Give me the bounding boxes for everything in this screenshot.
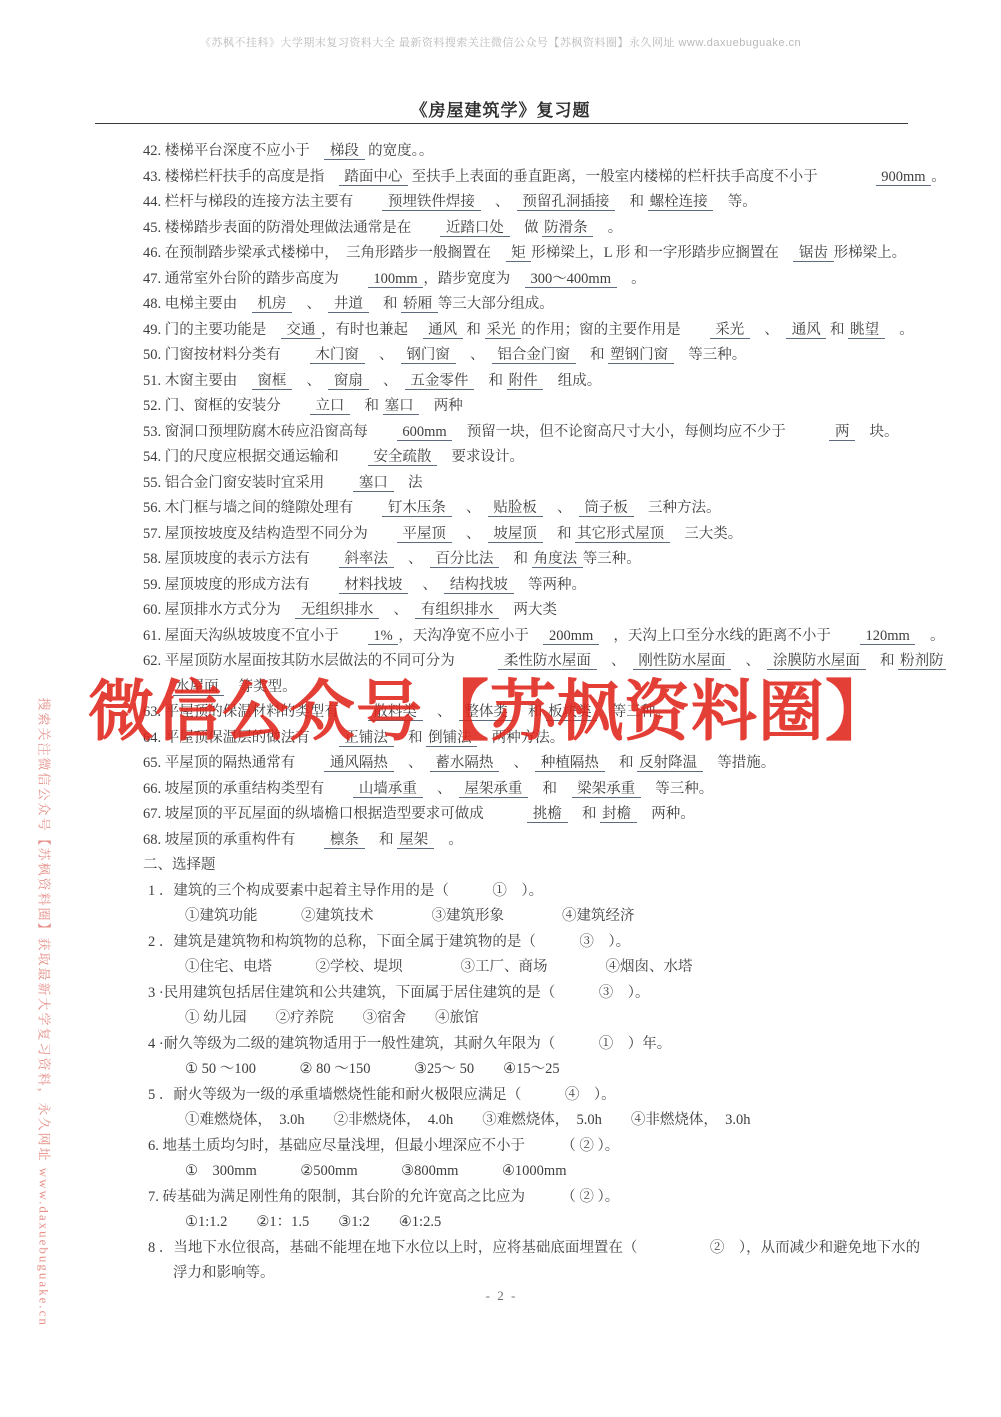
- line-text: 44. 栏杆与梯段的连接方法主要有: [143, 194, 382, 210]
- question-line: 60. 屋顶排水方式分为 无组织排水 、 有组织排水 两大类: [143, 598, 971, 624]
- line-text: 法: [394, 475, 423, 491]
- line-text: 、: [408, 577, 444, 593]
- question-line: 44. 栏杆与梯段的连接方法主要有 预埋铁件焊接 、 预留孔洞插接 和 螺栓连接…: [143, 190, 971, 216]
- answer-blank: 塞口: [353, 475, 393, 492]
- line-text: 。: [885, 322, 914, 338]
- question-line: 55. 铝合金门窗安装时宜采用 塞口 法: [143, 471, 971, 497]
- line-text: ，天沟上口至分水线的距离不小于: [599, 628, 860, 644]
- question-line: 52. 门、窗框的安装分 立口 和 塞口 两种: [143, 394, 971, 420]
- line-text: 。: [915, 628, 944, 644]
- answer-blank: 散料类: [368, 704, 423, 721]
- line-text: 等三种。: [597, 704, 670, 720]
- line-text: 等两种。: [514, 577, 587, 593]
- line-text: 50. 门窗按材料分类有: [143, 347, 310, 363]
- line-text: 三种方法。: [634, 500, 721, 516]
- line-text: 。: [617, 271, 646, 287]
- answer-blank: 倒铺法: [426, 730, 477, 747]
- line-text: 60. 屋顶排水方式分为: [143, 602, 295, 618]
- line-text: 4 ·耐久等级为二级的建筑物适用于一般性建筑，其耐久年限为（ ① ）年。: [148, 1036, 671, 1052]
- line-text: 、: [481, 194, 517, 210]
- line-text: 、: [750, 322, 786, 338]
- line-text: 、: [452, 500, 488, 516]
- answer-blank: 锯齿: [793, 245, 833, 262]
- line-text: 57. 屋顶按坡度及结构造型不同分为: [143, 526, 397, 542]
- line-text: 、: [365, 347, 401, 363]
- line-text: 。: [434, 832, 463, 848]
- line-text: 42. 楼梯平台深度不应小于: [143, 143, 324, 159]
- line-text: 、: [452, 526, 488, 542]
- line-text: 、: [292, 296, 328, 312]
- line-text: 的宽度。。: [365, 143, 434, 159]
- answer-blank: 其它形式屋顶: [575, 526, 670, 543]
- line-text: 和: [394, 730, 427, 746]
- question-line: 57. 屋顶按坡度及结构造型不同分为 平屋顶 、 坡屋顶 和 其它形式屋顶 三大…: [143, 522, 971, 548]
- answer-blank: 种植隔热: [535, 755, 604, 772]
- line-text: 块。: [855, 424, 899, 440]
- question-line: 49. 门的主要功能是 交通 ，有时也兼起 通风 和 采光 的作用；窗的主要作用…: [143, 318, 971, 344]
- choice-options-line: ① 300mm ②500mm ③800mm ④1000mm: [143, 1159, 971, 1185]
- line-text: 等措施。: [703, 755, 776, 771]
- question-line: 50. 门窗按材料分类有 木门窗 、 钢门窗 、 铝合金门窗 和 塑钢门窗 等三…: [143, 343, 971, 369]
- line-text: 、: [423, 781, 459, 797]
- line-text: 、: [731, 653, 767, 669]
- answer-blank: 铝合金门窗: [492, 347, 576, 364]
- line-text: 两种: [419, 398, 463, 414]
- answer-blank: 眺望: [848, 322, 885, 339]
- answer-blank: 板块类: [546, 704, 597, 721]
- question-line: 浮力和影响等。: [143, 1261, 971, 1287]
- line-text: 、: [597, 653, 633, 669]
- line-text: 和: [528, 781, 572, 797]
- line-text: 二、选择题: [143, 857, 216, 873]
- line-text: 5 ．耐火等级为一级的承重墙燃烧性能和耐火极限应满足（ ④ ）。: [148, 1087, 616, 1103]
- answer-blank: 100mm: [368, 271, 424, 288]
- question-line: 42. 楼梯平台深度不应小于 梯段 的宽度。。: [143, 139, 971, 165]
- line-text: 三大类。: [670, 526, 743, 542]
- answer-blank: 无组织排水: [295, 602, 379, 619]
- answer-blank: 通风隔热: [324, 755, 393, 772]
- line-text: ，有时也兼起: [321, 322, 423, 338]
- choice-options-line: ①难燃烧体， 3.0h ②非燃烧体， 4.0h ③难燃烧体， 5.0h ④非燃烧…: [143, 1108, 971, 1134]
- line-text: 51. 木窗主要由: [143, 373, 252, 389]
- answer-blank: 通风: [423, 322, 463, 339]
- line-text: ①住宅、电塔 ②学校、堤坝 ③工厂、商场 ④烟囱、水塔: [185, 959, 693, 975]
- line-text: 47. 通常室外台阶的踏步高度为: [143, 271, 368, 287]
- answer-blank: 两: [829, 424, 855, 441]
- line-text: 预留一块，但不论窗高尺寸大小，每侧均应不少于: [452, 424, 829, 440]
- line-text: 的作用；窗的主要作用是: [521, 322, 710, 338]
- question-line: 66. 坡屋顶的承重结构类型有 山墙承重 、 屋架承重 和 梁架承重 等三种。: [143, 777, 971, 803]
- line-text: 45. 楼梯踏步表面的防滑处理做法通常是在: [143, 220, 440, 236]
- question-line: 58. 屋顶坡度的表示方法有 斜率法 、 百分比法 和 角度法 等三种。: [143, 547, 971, 573]
- answer-blank: 矩: [506, 245, 532, 262]
- question-line: 56. 木门框与墙之间的缝隙处理有 钉木压条 、 贴脸板 、 筒子板 三种方法。: [143, 496, 971, 522]
- line-text: 两种方法。: [477, 730, 564, 746]
- line-text: 、: [456, 347, 492, 363]
- line-text: 46. 在预制踏步梁承式楼梯中， 三角形踏步一般搁置在: [143, 245, 506, 261]
- line-text: 组成。: [543, 373, 601, 389]
- answer-blank: 轿厢: [401, 296, 438, 313]
- question-line: 2 ．建筑是建筑物和构筑物的总称，下面全属于建筑物的是（ ③ ）。: [143, 930, 971, 956]
- answer-blank: 防滑条: [542, 220, 593, 237]
- line-text: ①建筑功能 ②建筑技术 ③建筑形象 ④建筑经济: [185, 908, 635, 924]
- page-number: - 2 -: [95, 1288, 908, 1304]
- answer-blank: 挑檐: [527, 806, 567, 823]
- answer-blank: 900mm: [876, 169, 932, 186]
- line-text: 和: [576, 347, 609, 363]
- answer-blank: 预埋铁件焊接: [382, 194, 480, 211]
- line-text: 59. 屋顶坡度的形成方法有: [143, 577, 339, 593]
- answer-blank: 五金零件: [405, 373, 474, 390]
- line-text: 至扶手上表面的垂直距离，一般室内楼梯的栏杆扶手高度不小于: [408, 169, 876, 185]
- answer-blank: 梁架承重: [572, 781, 641, 798]
- line-text: 和: [514, 704, 547, 720]
- answer-blank: 贴脸板: [488, 500, 543, 517]
- line-text: 等。: [713, 194, 757, 210]
- content-lines: 42. 楼梯平台深度不应小于 梯段 的宽度。。43. 楼梯栏杆扶手的高度是指 踏…: [143, 139, 971, 1287]
- line-text: 和: [369, 296, 402, 312]
- answer-blank: 通风: [786, 322, 826, 339]
- line-text: 67. 坡屋顶的平瓦屋面的纵墙檐口根据造型要求可做成: [143, 806, 527, 822]
- line-text: 和: [350, 398, 383, 414]
- answer-blank: 立口: [310, 398, 350, 415]
- line-text: 49. 门的主要功能是: [143, 322, 281, 338]
- answer-blank: 钢门窗: [401, 347, 456, 364]
- question-line: 45. 楼梯踏步表面的防滑处理做法通常是在 近踏口处 做 防滑条 。: [143, 216, 971, 242]
- question-line: 二、选择题: [143, 853, 971, 879]
- line-text: 和: [826, 322, 848, 338]
- line-text: 等三种。: [641, 781, 714, 797]
- line-text: ① 50 ～100 ② 80 ～150 ③25～ 50 ④15～25: [185, 1061, 560, 1077]
- line-text: 3 ·民用建筑包括居住建筑和公共建筑，下面属于居住建筑的是（ ③ ）。: [148, 985, 649, 1001]
- line-text: 和: [463, 322, 485, 338]
- answer-blank: 附件: [507, 373, 544, 390]
- line-text: 形梯梁上。: [834, 245, 907, 261]
- answer-blank: 角度法: [532, 551, 583, 568]
- line-text: 做: [510, 220, 543, 236]
- line-text: 62. 平屋顶防水屋面按其防水层做法的不同可分为: [143, 653, 498, 669]
- line-text: 58. 屋顶坡度的表示方法有: [143, 551, 339, 567]
- line-text: 和: [866, 653, 899, 669]
- question-line: 68. 坡屋顶的承重构件有 檩条 和 屋架 。: [143, 828, 971, 854]
- question-line: 3 ·民用建筑包括居住建筑和公共建筑，下面属于居住建筑的是（ ③ ）。: [143, 981, 971, 1007]
- line-text: ①1:1.2 ②1：1.5 ③1:2 ④1:2.5: [185, 1214, 441, 1230]
- line-text: 55. 铝合金门窗安装时宜采用: [143, 475, 353, 491]
- answer-blank: 粉剂防: [898, 653, 946, 670]
- answer-blank: 120mm: [860, 628, 916, 645]
- title-divider: [95, 123, 908, 124]
- answer-blank: 材料找坡: [339, 577, 408, 594]
- answer-blank: 柔性防水屋面: [498, 653, 596, 670]
- line-text: 两种。: [637, 806, 695, 822]
- answer-blank: 塞口: [383, 398, 420, 415]
- answer-blank: 刚性防水屋面: [633, 653, 731, 670]
- line-text: ① 幼儿园 ②疗养院 ③宿舍 ④旅馆: [185, 1010, 479, 1026]
- question-line: 67. 坡屋顶的平瓦屋面的纵墙檐口根据造型要求可做成 挑檐 和 封檐 两种。: [143, 802, 971, 828]
- answer-blank: 蓄水隔热: [430, 755, 499, 772]
- answer-blank: 斜率法: [339, 551, 394, 568]
- question-line: 1 ．建筑的三个构成要素中起着主导作用的是（ ① ）。: [143, 879, 971, 905]
- answer-blank: 300～400mm: [525, 271, 617, 288]
- answer-blank: 采光: [710, 322, 750, 339]
- line-text: 、: [369, 373, 405, 389]
- choice-options-line: ① 幼儿园 ②疗养院 ③宿舍 ④旅馆: [143, 1006, 971, 1032]
- answer-blank: 600mm: [397, 424, 453, 441]
- answer-blank: 檩条: [324, 832, 364, 849]
- question-line: 48. 电梯主要由 机房 、 井道 和 轿厢 等三大部分组成。: [143, 292, 971, 318]
- answer-blank: 安全疏散: [368, 449, 437, 466]
- question-line: 65. 平屋顶的隔热通常有 通风隔热 、 蓄水隔热 、 种植隔热 和 反射降温 …: [143, 751, 971, 777]
- answer-blank: 钉木压条: [382, 500, 451, 517]
- question-line: 7. 砖基础为满足刚性角的限制，其台阶的允许宽高之比应为 （ ② ）。: [143, 1185, 971, 1211]
- page-title: 《房屋建筑学》复习题: [0, 96, 1001, 121]
- line-text: 等三大部分组成。: [438, 296, 554, 312]
- question-line: 53. 窗洞口预埋防腐木砖应沿窗高每 600mm 预留一块，但不论窗高尺寸大小，…: [143, 420, 971, 446]
- answer-blank: 梯段: [324, 143, 364, 160]
- question-line: 54. 门的尺度应根据交通运输和 安全疏散 要求设计。: [143, 445, 971, 471]
- choice-options-line: ①1:1.2 ②1：1.5 ③1:2 ④1:2.5: [143, 1210, 971, 1236]
- line-text: 64. 平屋顶保温层的做法有: [143, 730, 339, 746]
- question-line: 47. 通常室外台阶的踏步高度为 100mm ，踏步宽度为 300～400mm …: [143, 267, 971, 293]
- answer-blank: 山墙承重: [353, 781, 422, 798]
- line-text: 6. 地基土质均匀时，基础应尽量浅埋，但最小埋深应不小于 （ ② ）。: [148, 1138, 619, 1154]
- line-text: 53. 窗洞口预埋防腐木砖应沿窗高每: [143, 424, 397, 440]
- line-text: 。: [593, 220, 622, 236]
- answer-blank: 反射降温: [637, 755, 703, 772]
- question-line: 51. 木窗主要由 窗框 、 窗扇 、 五金零件 和 附件 组成。: [143, 369, 971, 395]
- line-text: 等三种。: [583, 551, 641, 567]
- line-text: 和: [568, 806, 601, 822]
- question-line: 61. 屋面天沟纵坡坡度不宜小于 1% ，天沟净宽不应小于 200mm ，天沟上…: [143, 624, 971, 650]
- line-text: 65. 平屋顶的隔热通常有: [143, 755, 324, 771]
- question-line: 6. 地基土质均匀时，基础应尽量浅埋，但最小埋深应不小于 （ ② ）。: [143, 1134, 971, 1160]
- question-line: 59. 屋顶坡度的形成方法有 材料找坡 、 结构找坡 等两种。: [143, 573, 971, 599]
- answer-blank: 塑钢门窗: [608, 347, 674, 364]
- choice-options-line: ① 50 ～100 ② 80 ～150 ③25～ 50 ④15～25: [143, 1057, 971, 1083]
- choice-options-line: ①建筑功能 ②建筑技术 ③建筑形象 ④建筑经济: [143, 904, 971, 930]
- answer-blank: 百分比法: [430, 551, 499, 568]
- line-text: 2 ．建筑是建筑物和构筑物的总称，下面全属于建筑物的是（ ③ ）。: [148, 934, 630, 950]
- line-text: 浮力和影响等。: [173, 1265, 275, 1281]
- header-promo-text: 《苏枫不挂科》大学期末复习资料大全 最新资料搜索关注微信公众号【苏枫资料圈】永久…: [0, 34, 1001, 50]
- answer-blank: 水屋面: [173, 679, 224, 696]
- answer-blank: 采光: [485, 322, 522, 339]
- line-text: 1 ．建筑的三个构成要素中起着主导作用的是（ ① ）。: [148, 883, 543, 899]
- answer-blank: 涂膜防水屋面: [767, 653, 865, 670]
- line-text: 和: [543, 526, 576, 542]
- answer-blank: 平屋顶: [397, 526, 452, 543]
- line-text: 和: [474, 373, 507, 389]
- answer-blank: 窗扇: [328, 373, 368, 390]
- answer-blank: 木门窗: [310, 347, 365, 364]
- line-text: 和: [365, 832, 398, 848]
- line-text: 61. 屋面天沟纵坡坡度不宜小于: [143, 628, 368, 644]
- answer-blank: 200mm: [543, 628, 599, 645]
- question-line: 62. 平屋顶防水屋面按其防水层做法的不同可分为 柔性防水屋面 、 刚性防水屋面…: [143, 649, 971, 675]
- line-text: 68. 坡屋顶的承重构件有: [143, 832, 324, 848]
- answer-blank: 整体类: [459, 704, 514, 721]
- left-vertical-watermark: 搜索关注微信公众号【苏枫资料圈】获取最新大学复习资料，永久网址 www.daxu…: [35, 698, 55, 1223]
- line-text: 、: [543, 500, 579, 516]
- answer-blank: 踏面中心: [339, 169, 408, 186]
- line-text: 、: [292, 373, 328, 389]
- question-line: 46. 在预制踏步梁承式楼梯中， 三角形踏步一般搁置在 矩 形梯梁上，L 形 和…: [143, 241, 971, 267]
- answer-blank: 封檐: [600, 806, 637, 823]
- question-line: 63. 平屋顶的保温材料的类型有 散料类 、 整体类 和 板块类 等三种。: [143, 700, 971, 726]
- line-text: 等类型。: [224, 679, 297, 695]
- question-line: 5 ．耐火等级为一级的承重墙燃烧性能和耐火极限应满足（ ④ ）。: [143, 1083, 971, 1109]
- line-text: 8 ．当地下水位很高，基础不能埋在地下水位以上时，应将基础底面埋置在（ ② ），…: [148, 1240, 920, 1256]
- line-text: ① 300mm ②500mm ③800mm ④1000mm: [185, 1163, 566, 1179]
- line-text: 56. 木门框与墙之间的缝隙处理有: [143, 500, 382, 516]
- question-line: 43. 楼梯栏杆扶手的高度是指 踏面中心 至扶手上表面的垂直距离，一般室内楼梯的…: [143, 165, 971, 191]
- answer-blank: 坡屋顶: [488, 526, 543, 543]
- line-text: 等三种。: [674, 347, 747, 363]
- answer-blank: 预留孔洞插接: [517, 194, 615, 211]
- line-text: 7. 砖基础为满足刚性角的限制，其台阶的允许宽高之比应为 （ ② ）。: [148, 1189, 619, 1205]
- answer-blank: 有组织排水: [415, 602, 499, 619]
- line-text: 66. 坡屋顶的承重结构类型有: [143, 781, 353, 797]
- document-page: 《苏枫不挂科》大学期末复习资料大全 最新资料搜索关注微信公众号【苏枫资料圈】永久…: [0, 0, 1001, 1417]
- answer-blank: 正铺法: [339, 730, 394, 747]
- answer-blank: 1%: [368, 628, 399, 645]
- line-text: 要求设计。: [437, 449, 524, 465]
- question-line: 水屋面 等类型。: [143, 675, 971, 701]
- answer-blank: 机房: [252, 296, 292, 313]
- line-text: 63. 平屋顶的保温材料的类型有: [143, 704, 368, 720]
- answer-blank: 屋架: [397, 832, 434, 849]
- line-text: 两大类: [499, 602, 557, 618]
- answer-blank: 螺栓连接: [648, 194, 714, 211]
- answer-blank: 筒子板: [579, 500, 634, 517]
- question-line: 8 ．当地下水位很高，基础不能埋在地下水位以上时，应将基础底面埋置在（ ② ），…: [143, 1236, 971, 1262]
- line-text: 和: [615, 194, 648, 210]
- question-line: 64. 平屋顶保温层的做法有 正铺法 和 倒铺法 两种方法。: [143, 726, 971, 752]
- choice-options-line: ①住宅、电塔 ②学校、堤坝 ③工厂、商场 ④烟囱、水塔: [143, 955, 971, 981]
- line-text: ，天沟净宽不应小于: [398, 628, 543, 644]
- line-text: 形梯梁上，L 形 和一字形踏步应搁置在: [531, 245, 793, 261]
- line-text: 和: [499, 551, 532, 567]
- answer-blank: 屋架承重: [459, 781, 528, 798]
- line-text: 、: [499, 755, 535, 771]
- line-text: 和: [605, 755, 638, 771]
- line-text: 。: [931, 169, 946, 185]
- answer-blank: 近踏口处: [440, 220, 509, 237]
- line-text: 、: [394, 551, 430, 567]
- answer-blank: 窗框: [252, 373, 292, 390]
- line-text: 54. 门的尺度应根据交通运输和: [143, 449, 368, 465]
- line-text: ①难燃烧体， 3.0h ②非燃烧体， 4.0h ③难燃烧体， 5.0h ④非燃烧…: [185, 1112, 751, 1128]
- question-line: 4 ·耐久等级为二级的建筑物适用于一般性建筑，其耐久年限为（ ① ）年。: [143, 1032, 971, 1058]
- line-text: 、: [423, 704, 459, 720]
- line-text: 、: [394, 755, 430, 771]
- answer-blank: 井道: [328, 296, 368, 313]
- line-text: 、: [379, 602, 415, 618]
- line-text: 48. 电梯主要由: [143, 296, 252, 312]
- line-text: ，踏步宽度为: [423, 271, 525, 287]
- answer-blank: 结构找坡: [444, 577, 513, 594]
- line-text: 43. 楼梯栏杆扶手的高度是指: [143, 169, 339, 185]
- answer-blank: 交通: [281, 322, 321, 339]
- line-text: 52. 门、窗框的安装分: [143, 398, 310, 414]
